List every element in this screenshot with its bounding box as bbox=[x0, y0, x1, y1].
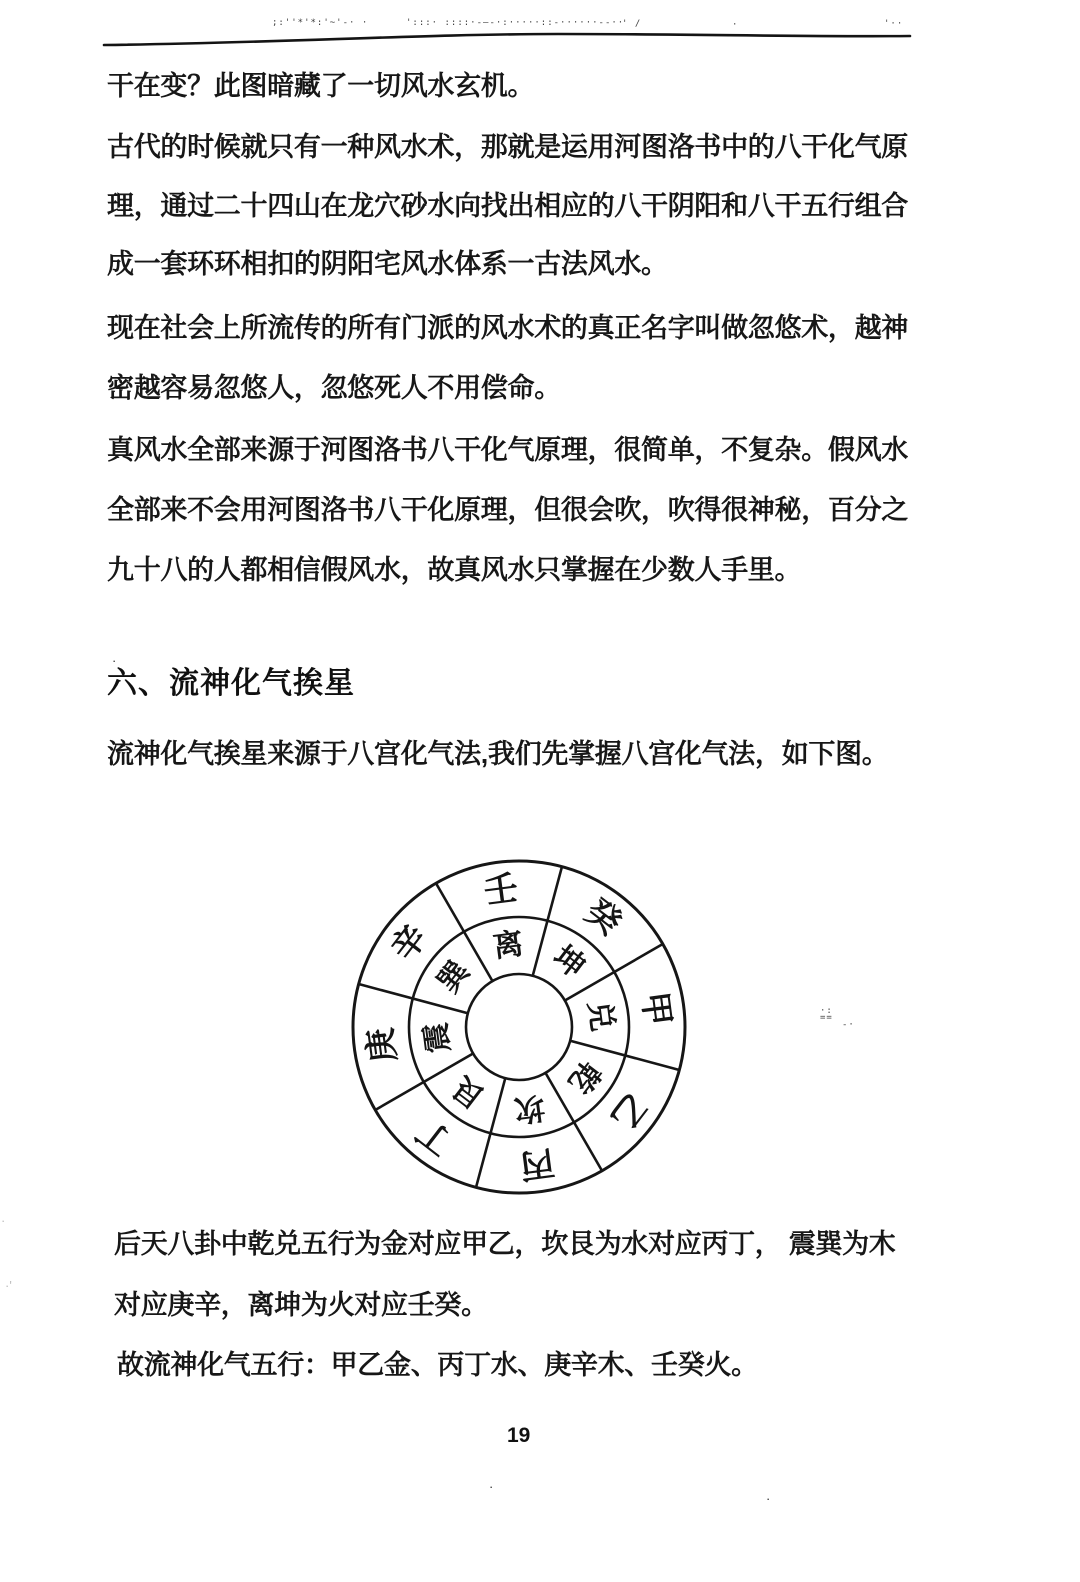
scanned-document-page: ;:''*'*:'~'-· · ':::· ::::·-—-·:·····::-… bbox=[0, 0, 1080, 1582]
wheel-trigram-label: 离 bbox=[491, 927, 525, 964]
wheel-trigram-label: 震 bbox=[419, 1021, 456, 1055]
intro-line: 流神化气挨星来源于八宫化气法,我们先掌握八宫化气法，如下图。 bbox=[107, 738, 889, 770]
wheel-trigram-label: 兑 bbox=[582, 999, 620, 1033]
section-heading: 六、流神化气挨星 bbox=[107, 668, 355, 700]
wheel-stem-label: 壬 bbox=[482, 869, 521, 911]
page-number: 19 bbox=[507, 1424, 530, 1448]
eight-palace-wheel-diagram: 壬离癸坤甲兑乙乾丙坎丁艮庚震辛巽 bbox=[349, 857, 689, 1197]
body-line: 全部来不会用河图洛书八干化原理，但很会吹，吹得很神秘，百分之 bbox=[107, 494, 908, 526]
wheel-stem-label: 甲 bbox=[635, 990, 677, 1029]
body-line: 密越容易忽悠人，忽悠死人不用偿命。 bbox=[107, 372, 561, 404]
body-line: 九十八的人都相信假风水，故真风水只掌握在少数人手里。 bbox=[107, 554, 801, 586]
scan-dot: · bbox=[112, 658, 116, 664]
body-line: 干在变？此图暗藏了一切风水玄机。 bbox=[107, 70, 534, 102]
wheel-stem-label: 庚 bbox=[361, 1026, 403, 1065]
body-line: 后天八卦中乾兑五行为金对应甲乙，坎艮为水对应丙丁， 震巽为木 bbox=[114, 1228, 896, 1260]
scan-dot: · bbox=[766, 1496, 770, 1502]
scan-dot: · bbox=[489, 1484, 493, 1490]
scan-dot: · bbox=[1, 1218, 5, 1224]
body-line: 古代的时候就只有一种风水术，那就是运用河图洛书中的八干化气原 bbox=[107, 131, 908, 163]
wheel-stem-label: 丙 bbox=[518, 1143, 557, 1185]
scan-noise: -· bbox=[842, 1022, 855, 1029]
wheel-trigram-label: 坎 bbox=[513, 1090, 547, 1128]
body-line: 成一套环环相扣的阴阳宅风水体系一古法风水。 bbox=[107, 248, 668, 280]
body-line: 对应庚辛，离坤为火对应壬癸。 bbox=[114, 1289, 488, 1321]
body-line: 故流神化气五行：甲乙金、丙丁水、庚辛木、壬癸火。 bbox=[117, 1349, 758, 1381]
wheel-inner-circle bbox=[466, 974, 572, 1080]
scan-dot: ·' bbox=[5, 1283, 12, 1289]
body-line: 真风水全部来源于河图洛书八干化气原理，很简单，不复杂。假风水 bbox=[107, 434, 908, 466]
body-line: 理，通过二十四山在龙穴砂水向找出相应的八干阴阳和八干五行组合 bbox=[107, 190, 908, 222]
page-top-edge-line bbox=[96, 26, 918, 52]
scan-noise: ·: == bbox=[820, 1008, 833, 1022]
body-line: 现在社会上所流传的所有门派的风水术的真正名字叫做忽悠术，越神 bbox=[107, 312, 908, 344]
